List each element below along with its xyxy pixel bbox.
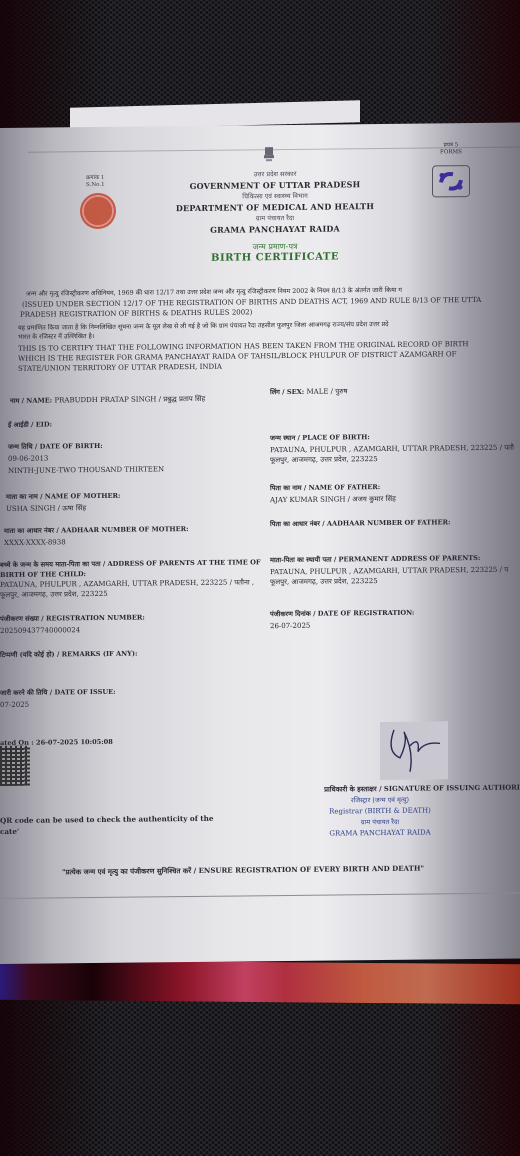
father-name-label: पिता का नाम / NAME OF FATHER:: [270, 482, 380, 493]
birth-address-value-2: फूलपुर, आजमगढ़, उत्तर प्रदेश, 223225: [0, 589, 108, 600]
form-number-english: FORMS: [440, 149, 462, 156]
registration-date-value: 26-07-2025: [270, 621, 310, 631]
sex-field: लिंग / SEX: MALE / पुरुष: [270, 386, 347, 397]
mother-aadhaar-label: माता का आधार नंबर / AADHAAR NUMBER OF MO…: [4, 524, 189, 536]
signature-icon: [380, 721, 448, 780]
mother-name-label: माता का नाम / NAME OF MOTHER:: [6, 491, 120, 502]
pob-value-2: फूलपुर, आजमगढ़, उत्तर प्रदेश, 223225: [270, 454, 378, 465]
issue-date-label: जारी करने की तिथि / DATE OF ISSUE:: [0, 687, 116, 698]
pob-value-1: PATAUNA, PHULPUR , AZAMGARH, UTTAR PRADE…: [270, 443, 514, 456]
registration-date-label: पंजीकरण दिनांक / DATE OF REGISTRATION:: [270, 608, 414, 620]
permanent-address-value-2: फूलपुर, आजमगढ़, उत्तर प्रदेश, 223225: [270, 576, 378, 587]
bottom-rule: [0, 893, 520, 899]
mother-aadhaar-value: XXXX-XXXX-8938: [4, 537, 66, 548]
certify-hindi-2: भारत के रजिस्टर में उल्लिखित है।: [18, 332, 94, 343]
panchayat-english: GRAMA PANCHAYAT RAIDA: [150, 223, 400, 237]
serial-number-english: S.No.1: [86, 182, 105, 189]
registration-number-label: पंजीकरण संख्या / REGISTRATION NUMBER:: [0, 612, 145, 624]
certificate-header: उत्तर प्रदेश सरकार GOVERNMENT OF UTTAR P…: [150, 168, 400, 265]
sex-value: MALE / पुरुष: [306, 387, 347, 395]
qr-code[interactable]: [0, 746, 30, 786]
panchayat-english-footer: GRAMA PANCHAYAT RAIDA: [240, 827, 520, 841]
name-field: नाम / NAME: PRABUDDH PRATAP SINGH / प्रब…: [10, 394, 205, 406]
father-aadhaar-label: पिता का आधार नंबर / AADHAAR NUMBER OF FA…: [270, 517, 450, 529]
permanent-address-label: माता-पिता का स्थायी पता / PERMANENT ADDR…: [270, 553, 480, 565]
up-government-seal-icon: [80, 193, 116, 229]
sex-label: लिंग / SEX:: [270, 388, 304, 396]
registration-slogan: "प्रत्येक जन्म एवं मृत्यु का पंजीकरण सुन…: [62, 864, 424, 878]
father-name-value: AJAY KUMAR SINGH / अजय कुमार सिंह: [270, 494, 396, 505]
preamble-issued-english-2: PRADESH REGISTRATION OF BIRTHS & DEATHS …: [20, 307, 252, 319]
permanent-address-value-1: PATAUNA, PHULPUR , AZAMGARH, UTTAR PRADE…: [270, 565, 508, 577]
issue-date-value: 07-2025: [0, 700, 29, 710]
serial-number: क्रमांक 1 S.No.1: [86, 175, 105, 189]
mother-name-value: USHA SINGH / ऊषा सिंह: [6, 503, 86, 514]
eid-label: ई आईडी / EID:: [8, 419, 52, 429]
signature-box: [380, 721, 448, 780]
name-label: नाम / NAME:: [10, 396, 52, 404]
pob-label: जन्म स्थान / PLACE OF BIRTH:: [270, 432, 370, 443]
national-emblem-icon: [262, 145, 276, 163]
certificate-title: BIRTH CERTIFICATE: [150, 251, 400, 265]
birth-address-label-1: बच्चे के जन्म के समय माता-पिता का पता / …: [0, 557, 261, 570]
crs-logo-icon: [432, 165, 470, 197]
qr-note-2: cate': [0, 827, 19, 837]
qr-note-1: QR code can be used to check the authent…: [0, 814, 213, 826]
issuing-authority-block: प्राधिकारी के हस्ताक्षर / SIGNATURE OF I…: [240, 783, 520, 841]
certify-english-3: STATE/UNION TERRITORY OF UTTAR PRADESH, …: [18, 362, 222, 374]
remarks-label: टिप्पणी (यदि कोई हो) / REMARKS (IF ANY):: [0, 649, 137, 660]
red-cloth-band: [0, 960, 520, 1005]
dob-value: 09-06-2013: [8, 453, 48, 463]
registration-number-value: 202509437740000024: [0, 625, 80, 636]
birth-certificate: क्रमांक 1 S.No.1 प्रपत्र 5 FORMS उत्तर प…: [0, 123, 520, 964]
birth-address-value-1: PATAUNA, PHULPUR , AZAMGARH, UTTAR PRADE…: [0, 577, 254, 590]
form-number: प्रपत्र 5 FORMS: [440, 142, 462, 156]
dob-label: जन्म तिथि / DATE OF BIRTH:: [8, 441, 103, 452]
dob-words: NINTH-JUNE-TWO THOUSAND THIRTEEN: [8, 464, 164, 476]
name-value: PRABUDDH PRATAP SINGH / प्रबुद्ध प्रताप …: [54, 395, 205, 405]
